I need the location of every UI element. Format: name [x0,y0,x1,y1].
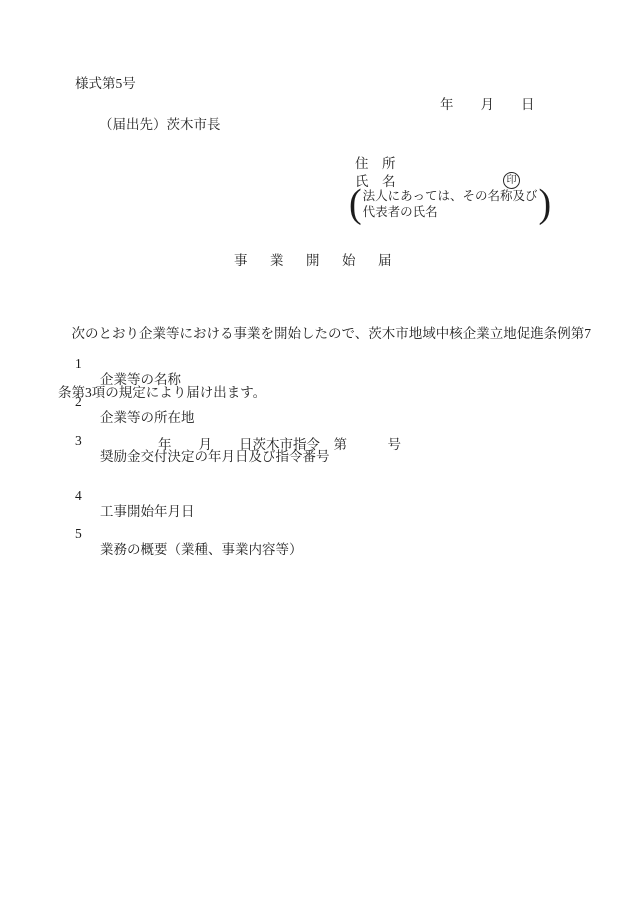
close-paren: ) [539,185,552,223]
address-label: 住 所 [355,156,396,172]
item-number: 2 [75,394,82,410]
corporate-note: ( 法人にあっては、その名称及び代表者の氏名 ) [349,186,551,222]
date-line: 年 月 日 [440,97,535,113]
item-label: 業務の概要（業種、事業内容等） [100,542,303,558]
item-number: 4 [75,488,82,504]
document-title: 事 業 開 始 届 [0,249,630,269]
seal-mark-character: 印 [507,176,517,186]
corporate-note-lines: 法人にあっては、その名称及び代表者の氏名 [362,188,539,220]
form-page: 様式第5号 年 月 日 （届出先）茨木市長 住 所 氏 名 印 ( 法人にあって… [0,0,630,903]
open-paren: ( [349,185,362,223]
item-number: 5 [75,526,82,542]
list-item-5: 5 業務の概要（業種、事業内容等） [0,510,630,575]
corporate-note-line2: 代表者の氏名 [363,205,438,219]
item-number: 1 [75,356,82,372]
form-number: 様式第5号 [75,76,136,92]
corporate-note-line1: 法人にあっては、その名称及び [363,189,538,203]
list-item-3-subline: 年 月 日茨木市指令 第 号 [158,437,401,453]
recipient-line: （届出先）茨木市長 [99,117,221,133]
item-number: 3 [75,433,82,449]
